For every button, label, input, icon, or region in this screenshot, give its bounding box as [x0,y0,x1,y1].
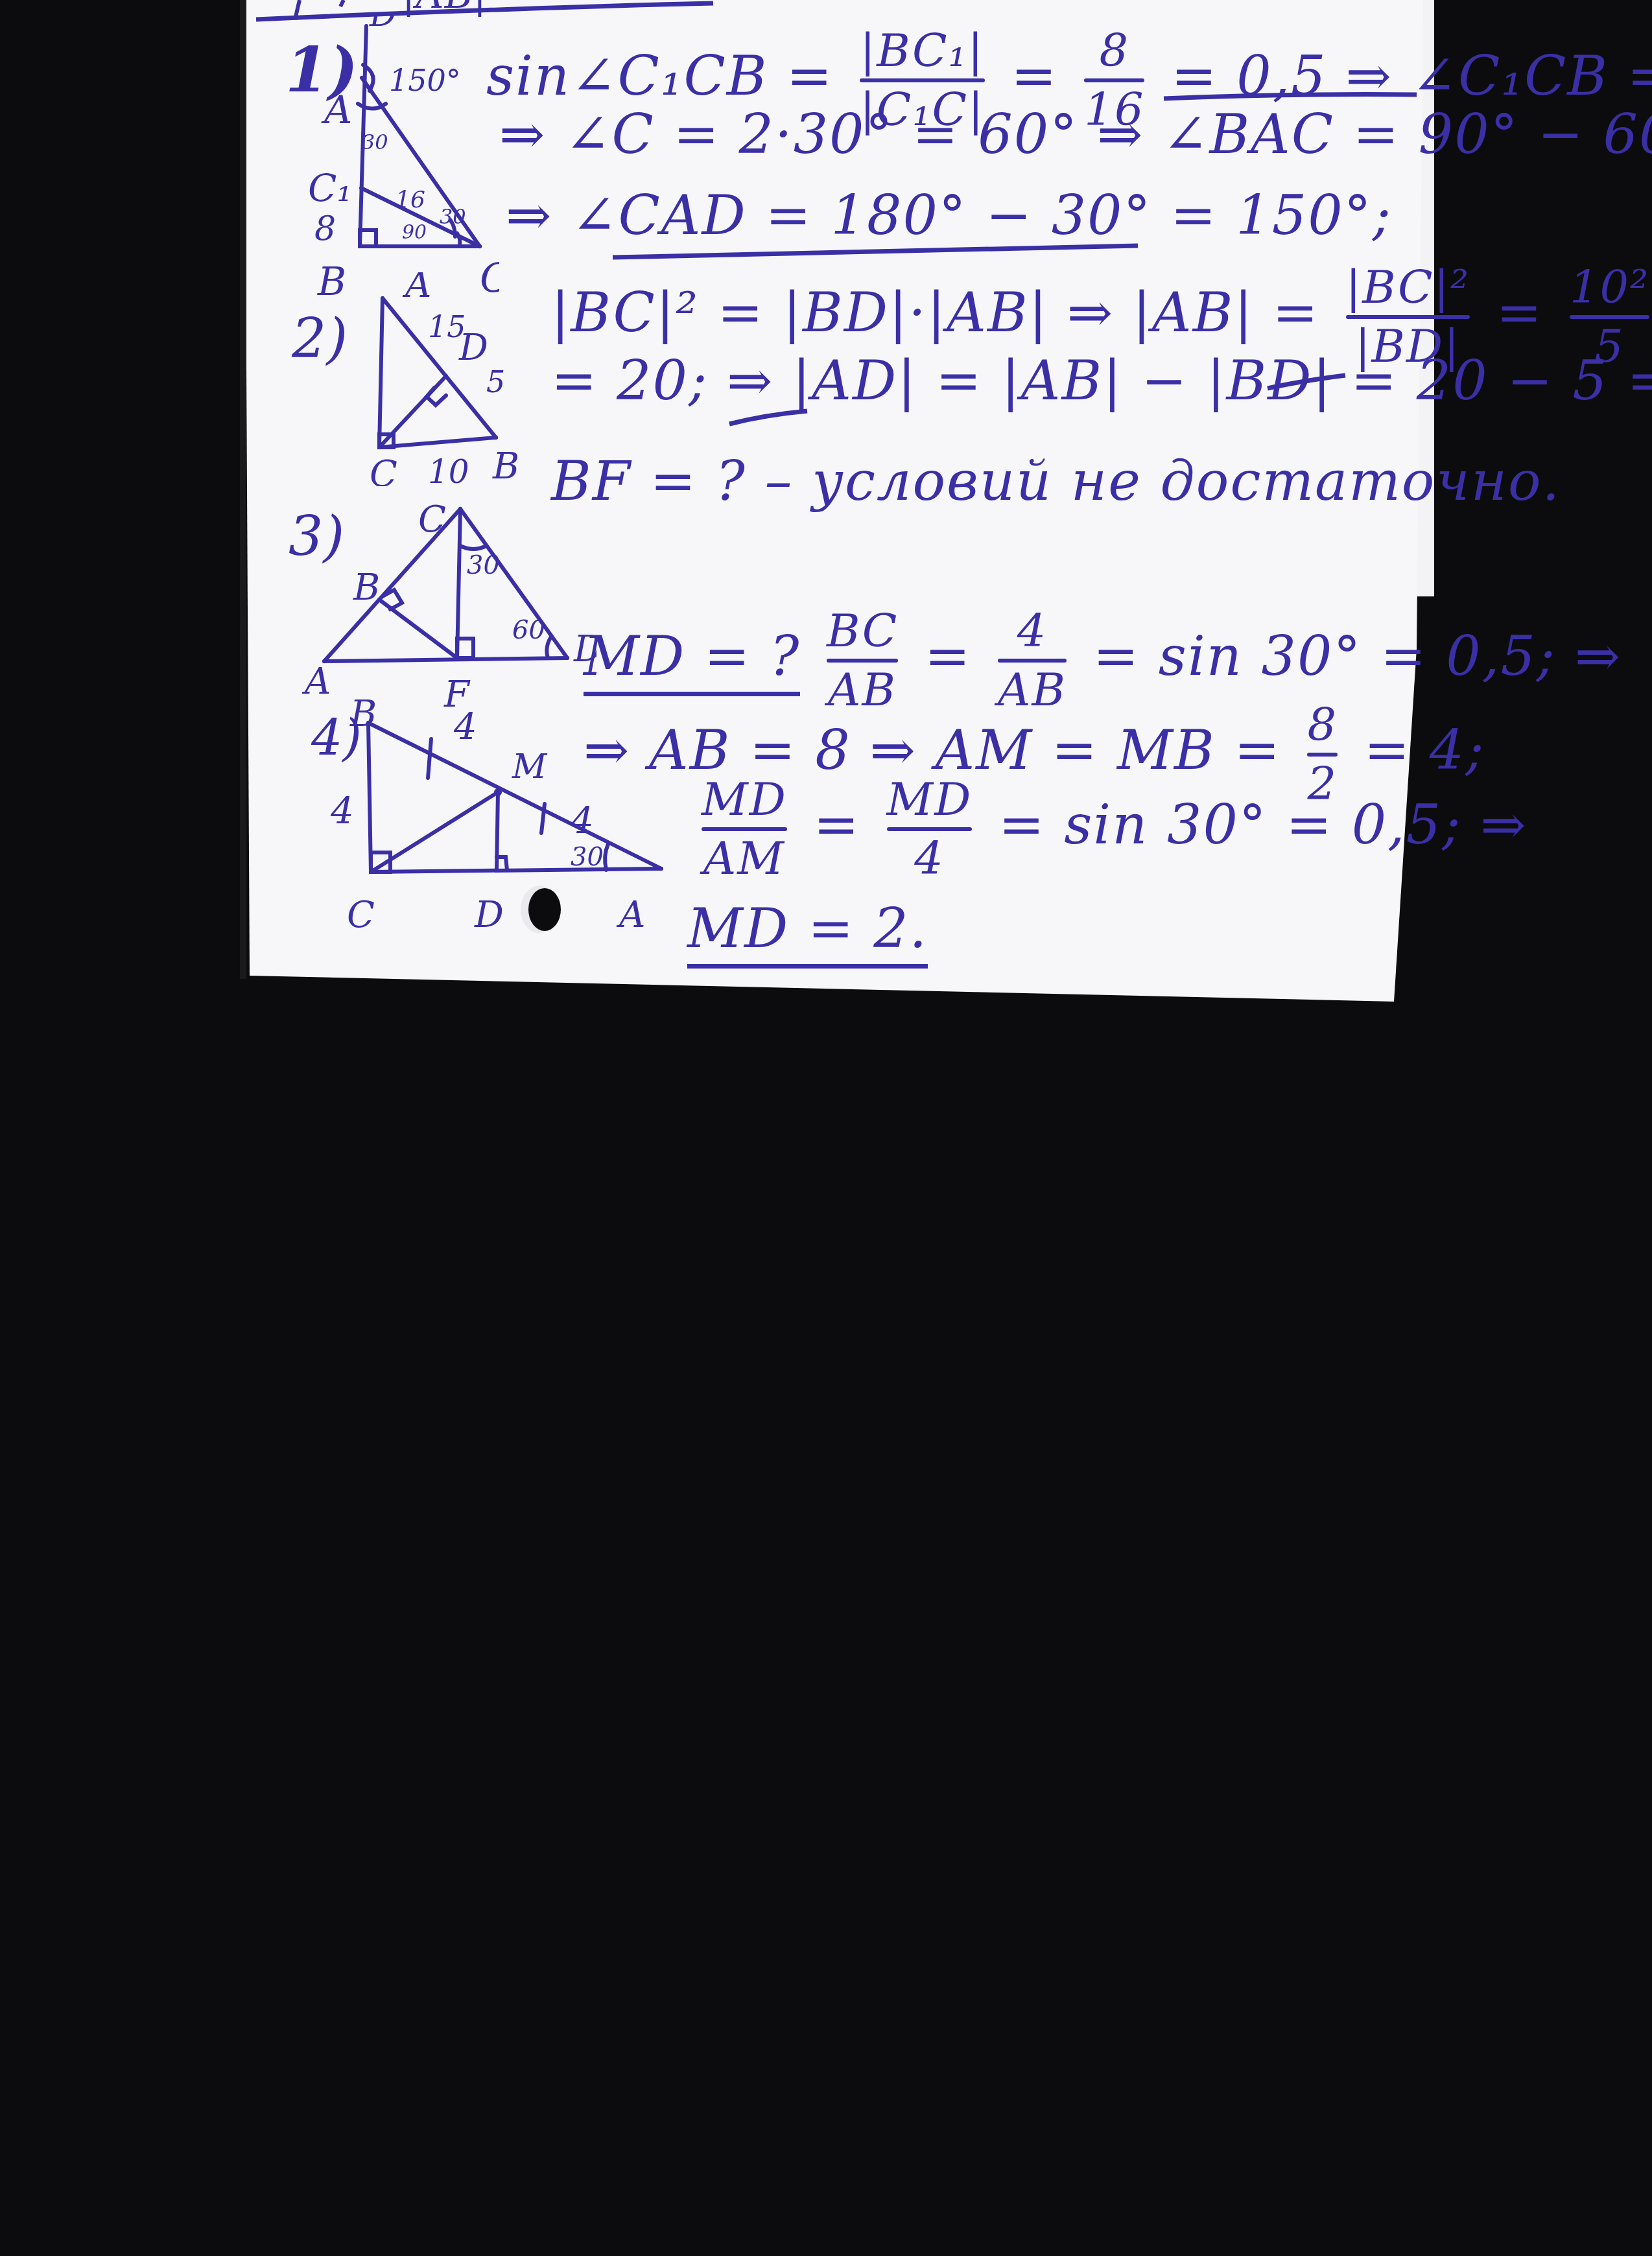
label-C: C [370,453,397,486]
label-M: M [512,747,548,786]
label-B: B [317,259,346,298]
p4-l3-fraction-1: MD AM [702,775,787,884]
label-B: B [349,694,377,735]
label-A: A [402,272,431,306]
p1-underline-150 [609,243,1141,263]
scanner-background [0,1011,1652,2256]
p1-line-3: ⇒ ∠CAD = 180° − 30° = 150°; [506,188,1392,242]
angle-60: 60 [512,615,545,645]
side-8: 8 [314,209,336,248]
angle-30-right: 30 [440,204,466,229]
p3-line-1: BF = ? – условий не достаточно. [551,454,1561,508]
angle-30: 30 [571,842,604,872]
side-15: 15 [428,309,466,344]
p2-line-2: = 20; ⇒ |AD| = |AB| − |BD| = 20 − 5 = 15… [551,353,1652,408]
side-10: 10 [428,453,469,486]
header-fragment: |АВ| [402,0,486,14]
angle-30-top: 30 [362,130,388,154]
label-C1: C₁ [308,166,352,210]
label-A: A [321,88,352,133]
label-A: A [616,894,645,936]
p2-underline-15 [1264,373,1349,392]
p1-underline-30 [1161,91,1420,104]
side-16: 16 [395,187,425,213]
side-BC-4: 4 [330,790,354,832]
label-B: B [492,445,519,486]
angle-90: 90 [402,221,427,244]
side-BM-4: 4 [453,706,477,748]
angle-150: 150° [389,63,461,98]
paper-sheet: |АВ| 1) D A C₁ B C 8 16 150° 30 [0,0,1652,1011]
side-5: 5 [486,364,505,399]
label-D: D [474,894,504,936]
p1-l1-prefix: sin∠C₁CB = [486,44,833,108]
label-B: B [353,567,380,609]
p4-l1-fraction-1: BC AB [827,606,898,715]
label-D: D [369,13,397,34]
p4-line-1: MD = ? BC AB = 4 AB = sin 30° = 0,5; ⇒ [584,606,1622,715]
label-C: C [418,499,446,541]
p2-underline-AD [726,408,810,428]
p2-l1-prefix: |BC|² = |BD|·|AB| ⇒ |AB| = [551,281,1319,344]
p4-l1-fraction-2: 4 AB [998,606,1067,715]
p4-line-3: MD AM = MD 4 = sin 30° = 0,5; ⇒ [694,775,1528,884]
angle-30: 30 [467,550,500,580]
problem-1-diagram: D A C₁ B C 8 16 150° 30 30 90 [285,13,499,301]
punch-hole [528,888,561,931]
p4-l3-fraction-2: MD 4 [887,775,973,884]
label-C: C [347,894,375,936]
p1-line-2: ⇒ ∠C = 2·30° = 60° ⇒ ∠BAC = 90° − 60° = … [499,107,1652,161]
problem-3-diagram: C B A F D 30 60 [272,499,596,716]
p4-answer: MD = 2. [687,901,928,956]
problem-2-number: 2) [292,311,348,366]
p4-l1-prefix: MD = ? [584,624,800,696]
problem-2-diagram: A D C B 15 5 10 [350,272,532,489]
